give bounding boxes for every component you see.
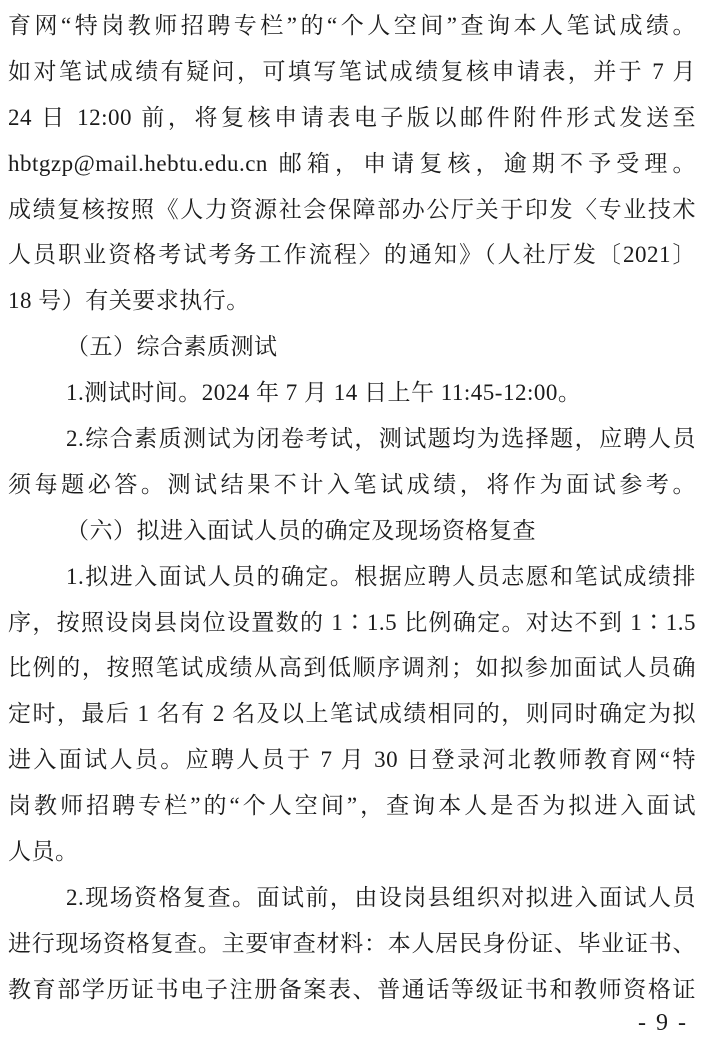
text-line: 定时，最后 1 名有 2 名及以上笔试成绩相同的，则同时确定为拟 — [8, 691, 696, 737]
text-line: 24 日 12:00 前，将复核申请表电子版以邮件附件形式发送至 — [8, 95, 696, 141]
text-line: hbtgzp@mail.hebtu.edu.cn 邮箱，申请复核，逾期不予受理。 — [8, 141, 696, 187]
text-line: 序，按照设岗县岗位设置数的 1∶1.5 比例确定。对达不到 1∶1.5 — [8, 600, 696, 646]
text-line: 岗教师招聘专栏”的“个人空间”，查询本人是否为拟进入面试 — [8, 783, 696, 829]
document-body: 育网“特岗教师招聘专栏”的“个人空间”查询本人笔试成绩。如对笔试成绩有疑问，可填… — [8, 3, 696, 1013]
text-line: 成绩复核按照《人力资源社会保障部办公厅关于印发〈专业技术 — [8, 187, 696, 233]
document-page: 育网“特岗教师招聘专栏”的“个人空间”查询本人笔试成绩。如对笔试成绩有疑问，可填… — [0, 0, 704, 1045]
text-line: 须每题必答。测试结果不计入笔试成绩，将作为面试参考。 — [8, 462, 696, 508]
text-line: 进行现场资格复查。主要审查材料：本人居民身份证、毕业证书、 — [8, 921, 696, 967]
text-line: 2.综合素质测试为闭卷考试，测试题均为选择题，应聘人员 — [8, 416, 696, 462]
text-line: 比例的，按照笔试成绩从高到低顺序调剂；如拟参加面试人员确 — [8, 645, 696, 691]
text-line: 育网“特岗教师招聘专栏”的“个人空间”查询本人笔试成绩。 — [8, 3, 696, 49]
text-line: 进入面试人员。应聘人员于 7 月 30 日登录河北教师教育网“特 — [8, 737, 696, 783]
text-line: 人员。 — [8, 829, 696, 875]
text-line: 18 号）有关要求执行。 — [8, 278, 696, 324]
section-heading: （五）综合素质测试 — [8, 324, 696, 370]
text-line: 教育部学历证书电子注册备案表、普通话等级证书和教师资格证 — [8, 967, 696, 1013]
text-line: 人员职业资格考试考务工作流程〉的通知》（人社厅发〔2021〕 — [8, 232, 696, 278]
text-line: 如对笔试成绩有疑问，可填写笔试成绩复核申请表，并于 7 月 — [8, 49, 696, 95]
text-line: 1.测试时间。2024 年 7 月 14 日上午 11:45-12:00。 — [8, 370, 696, 416]
section-heading: （六）拟进入面试人员的确定及现场资格复查 — [8, 508, 696, 554]
text-line: 1.拟进入面试人员的确定。根据应聘人员志愿和笔试成绩排 — [8, 554, 696, 600]
text-line: 2.现场资格复查。面试前，由设岗县组织对拟进入面试人员 — [8, 875, 696, 921]
page-number: - 9 - — [638, 1008, 688, 1038]
